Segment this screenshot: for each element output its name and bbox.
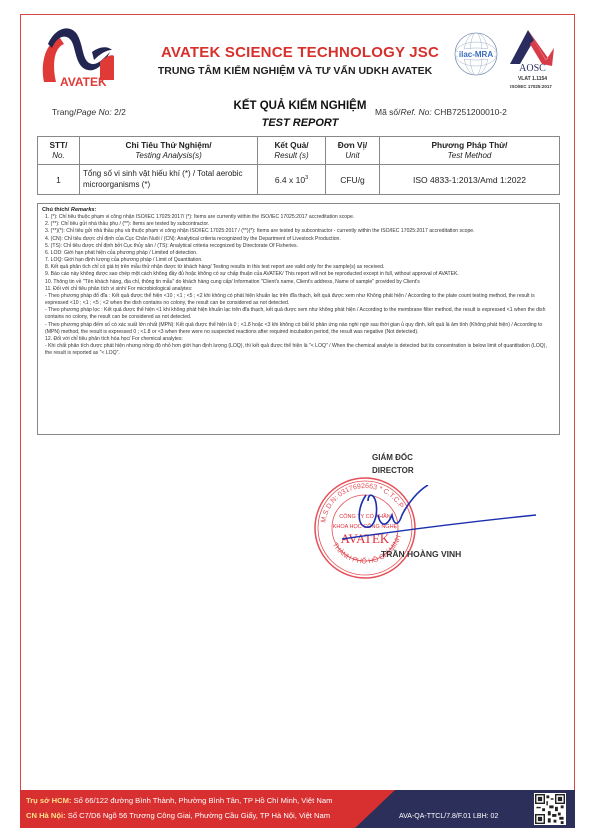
footer-hcm-address: Trụ sở HCM: Số 66/122 đường Bình Thành, … [26,796,332,805]
aosc-vlat: VLAT 1.1154 [505,76,560,82]
signatory-title: GIÁM ĐỐC DIRECTOR [372,451,414,477]
remark-line: - Theo phương pháp đếm số có xác suất lớ… [42,322,555,336]
remark-line: 4. (CN): Chỉ tiêu được chỉ định của Cục … [42,236,555,243]
aosc-label: AOSC [505,63,560,74]
remarks-list: 1. (*): Chỉ tiêu thuộc phạm vi công nhận… [42,214,555,357]
remark-line: - Theo phương pháp đổ đĩa : Kết quả được… [42,293,555,307]
signer-name: TRẦN HOÀNG VINH [381,549,461,559]
remark-line: 12. Đối với chỉ tiêu phân tích hóa học/ … [42,336,555,343]
results-table: STT/No. Chỉ Tiêu Thử Nghiệm/Testing Anal… [37,136,560,195]
remark-line: - Theo phương pháp lọc : Kết quả được th… [42,307,555,321]
aosc-iso: ISO/IEC 17025:2017 [500,84,562,89]
table-header-row: STT/No. Chỉ Tiêu Thử Nghiệm/Testing Anal… [38,137,560,165]
report-title-en: TEST REPORT [190,117,410,129]
col-header-analysis: Chỉ Tiêu Thử Nghiệm/Testing Analysis(s) [80,137,258,165]
table-row: 1 Tổng số vi sinh vật hiếu khí (*) / Tot… [38,165,560,195]
cell-result: 6.4 x 103 [258,165,326,195]
svg-text:AVATEK: AVATEK [60,75,107,89]
remark-line: - Khi chất phân tích được phát hiện nhưn… [42,343,555,357]
cell-method: ISO 4833-1:2013/Amd 1:2022 [380,165,560,195]
svg-text:ilac-MRA: ilac-MRA [459,50,493,59]
page-number: Trang/Page No: 2/2 [52,107,126,117]
remark-line: 10. Thông tin về "Tên khách hàng, địa ch… [42,279,555,286]
footer-bar: Trụ sở HCM: Số 66/122 đường Bình Thành, … [20,790,575,828]
footer-hanoi-address: CN Hà Nội: Số C7/D6 Ngõ 56 Trương Công G… [26,811,330,820]
reference-number: Mã số/Ref. No: CHB7251200010-2 [375,107,507,117]
col-header-no: STT/No. [38,137,80,165]
ilac-mra-icon: ilac-MRA [452,30,500,78]
col-header-method: Phương Pháp Thử/Test Method [380,137,560,165]
qr-code-icon[interactable] [534,793,566,825]
remark-line: 5. (TS): Chỉ tiêu được chỉ định bởi Cục … [42,243,555,250]
cell-analysis: Tổng số vi sinh vật hiếu khí (*) / Total… [80,165,258,195]
remark-line: 3. (**)(*): Chỉ tiêu gửi nhà thầu phụ và… [42,228,555,235]
remark-line: 11. Đối với chỉ tiêu phân tích vi sinh/ … [42,286,555,293]
col-header-unit: Đơn Vị/Unit [326,137,380,165]
cell-unit: CFU/g [326,165,380,195]
remark-line: 9. Báo cáo này không được sao chép một c… [42,271,555,278]
director-signature [338,485,538,545]
company-subtitle: TRUNG TÂM KIỂM NGHIỆM VÀ TƯ VẤN UDKH AVA… [130,65,460,77]
form-code: AVA-QA-TTCL/7.8/F.01 LBH: 02 [399,813,498,820]
remarks-box: Chú thích/ Remarks: 1. (*): Chỉ tiêu thu… [37,203,560,435]
cell-no: 1 [38,165,80,195]
col-header-result: Kết Quả/Result (s) [258,137,326,165]
company-name: AVATEK SCIENCE TECHNOLOGY JSC [150,44,450,61]
avatek-logo: AVATEK [38,22,120,90]
